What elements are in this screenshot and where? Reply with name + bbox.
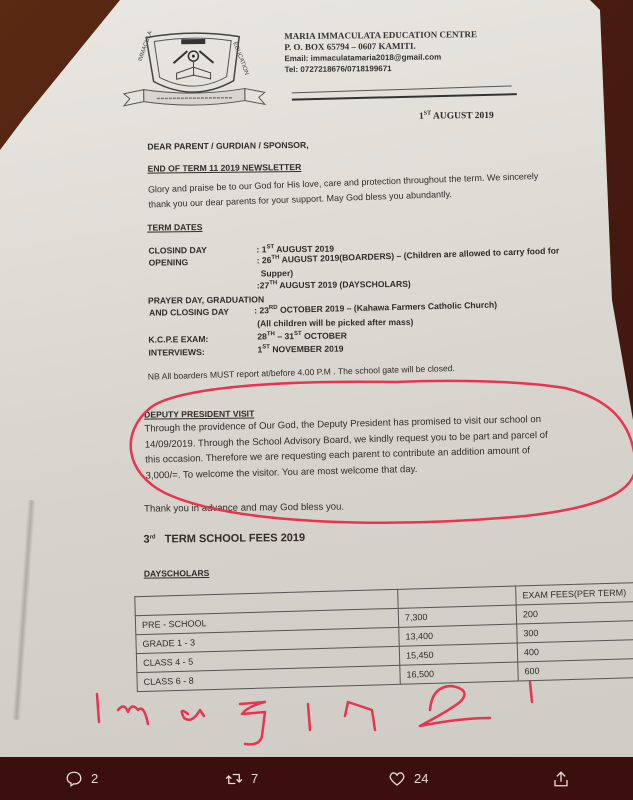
term-label: OPENING <box>149 257 189 267</box>
term-label: CLOSIND DAY <box>148 245 207 256</box>
like-count: 24 <box>414 771 428 786</box>
reply-count: 2 <box>91 771 98 786</box>
term-value: (All children will be picked after mass) <box>257 317 413 329</box>
fees-title: 3rd TERM SCHOOL FEES 2019 <box>143 532 305 546</box>
letterhead-rule-thick <box>292 93 517 100</box>
term-label: K.C.P.E EXAM: <box>148 334 208 345</box>
svg-text:EDUCATION: EDUCATION <box>231 41 249 76</box>
term-value: :27TH AUGUST 2019 (DAYSCHOLARS) <box>257 279 411 291</box>
letterhead-rule <box>292 85 512 93</box>
retweet-button[interactable]: 7 <box>225 757 258 800</box>
red-circle-annotation <box>95 378 633 528</box>
term-value: : 23RD OCTOBER 2019 – (Kahawa Farmers Ca… <box>254 300 497 316</box>
salutation: DEAR PARENT / GURDIAN / SPONSOR, <box>147 140 308 152</box>
reply-button[interactable]: 2 <box>65 757 98 800</box>
letter-date: 1ST AUGUST 2019 <box>419 111 494 122</box>
share-icon <box>552 770 570 788</box>
school-tel: Tel: 0727218676/0718199671 <box>284 62 477 75</box>
term-value: 28TH – 31ST OCTOBER <box>257 331 347 342</box>
reply-icon <box>65 770 83 788</box>
term-value: 1ST NOVEMBER 2019 <box>257 344 343 355</box>
tweet-action-bar: 2 7 24 <box>0 757 633 800</box>
retweet-count: 7 <box>251 771 258 786</box>
term-label: AND CLOSING DAY <box>149 307 229 318</box>
intro-text: Glory and praise be to our God for His l… <box>148 169 539 213</box>
dayscholars-heading: DAYSCHOLARS <box>144 568 210 579</box>
term-label: INTERVIEWS: <box>148 347 204 358</box>
newsletter-title: END OF TERM 11 2019 NEWSLETTER <box>148 162 302 174</box>
tweet-photo[interactable]: IMMACULATA EDUCATION MARIA IMMACULATA ED… <box>0 0 633 757</box>
term-value: Supper) <box>261 268 294 278</box>
school-crest-logo: IMMACULATA EDUCATION <box>121 30 267 112</box>
like-button[interactable]: 24 <box>388 757 428 800</box>
svg-text:IMMACULATA: IMMACULATA <box>138 30 156 62</box>
term-dates-heading: TERM DATES <box>147 222 202 233</box>
fees-table: EXAM FEES(PER TERM) PRE - SCHOOL 7,300 2… <box>134 582 633 692</box>
letterhead: MARIA IMMACULATA EDUCATION CENTRE P. O. … <box>284 29 477 75</box>
handwritten-annotation <box>80 680 633 757</box>
term-label: PRAYER DAY, GRADUATION <box>148 294 264 305</box>
heart-icon <box>388 770 406 788</box>
share-button[interactable] <box>552 757 570 800</box>
retweet-icon <box>225 770 243 788</box>
